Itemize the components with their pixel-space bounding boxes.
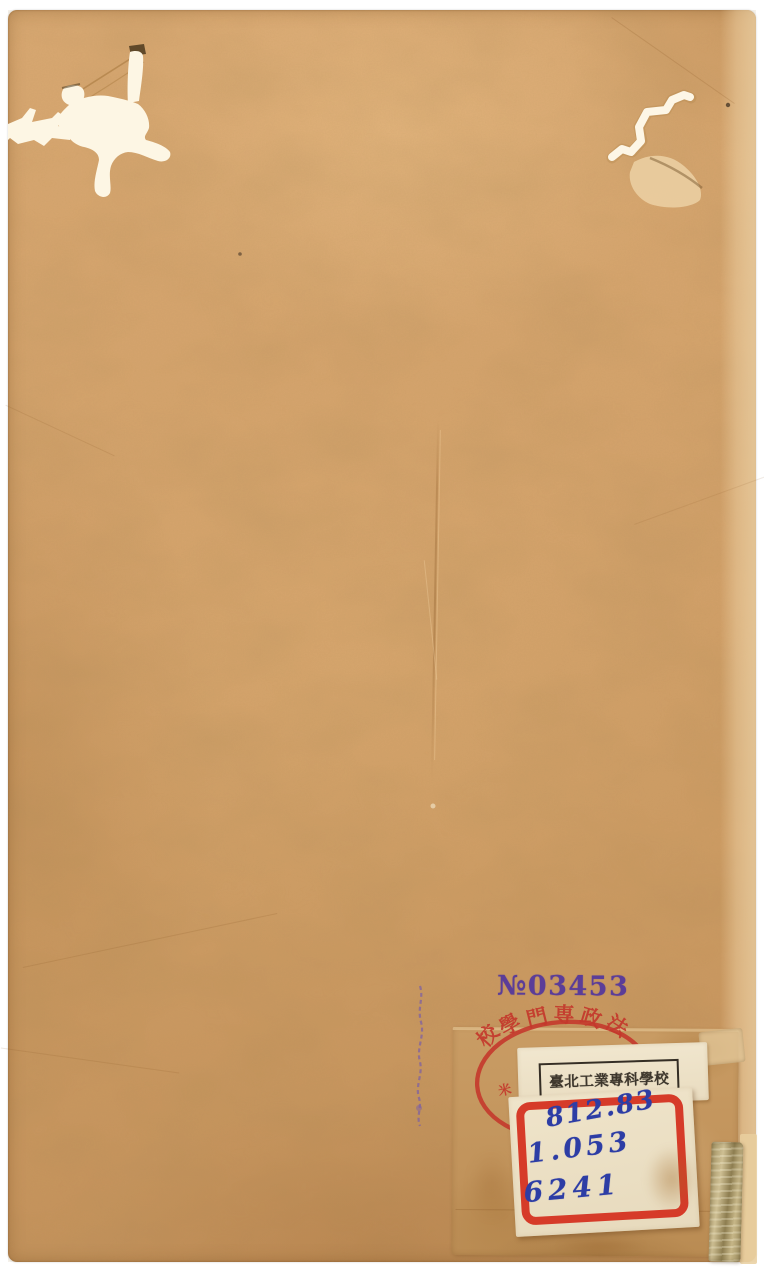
call-number-label: 812.83 1.053 6241 xyxy=(508,1087,700,1237)
tape-strip xyxy=(708,1142,743,1263)
seal-char: 政 xyxy=(577,1003,604,1032)
scanned-book-cover: №03453 校 學 門 専 政 法 米 臺北工業專科學校 812.83 1.0… xyxy=(0,0,764,1273)
seal-char: 門 xyxy=(524,1004,550,1032)
seal-char: 専 xyxy=(553,1003,575,1028)
